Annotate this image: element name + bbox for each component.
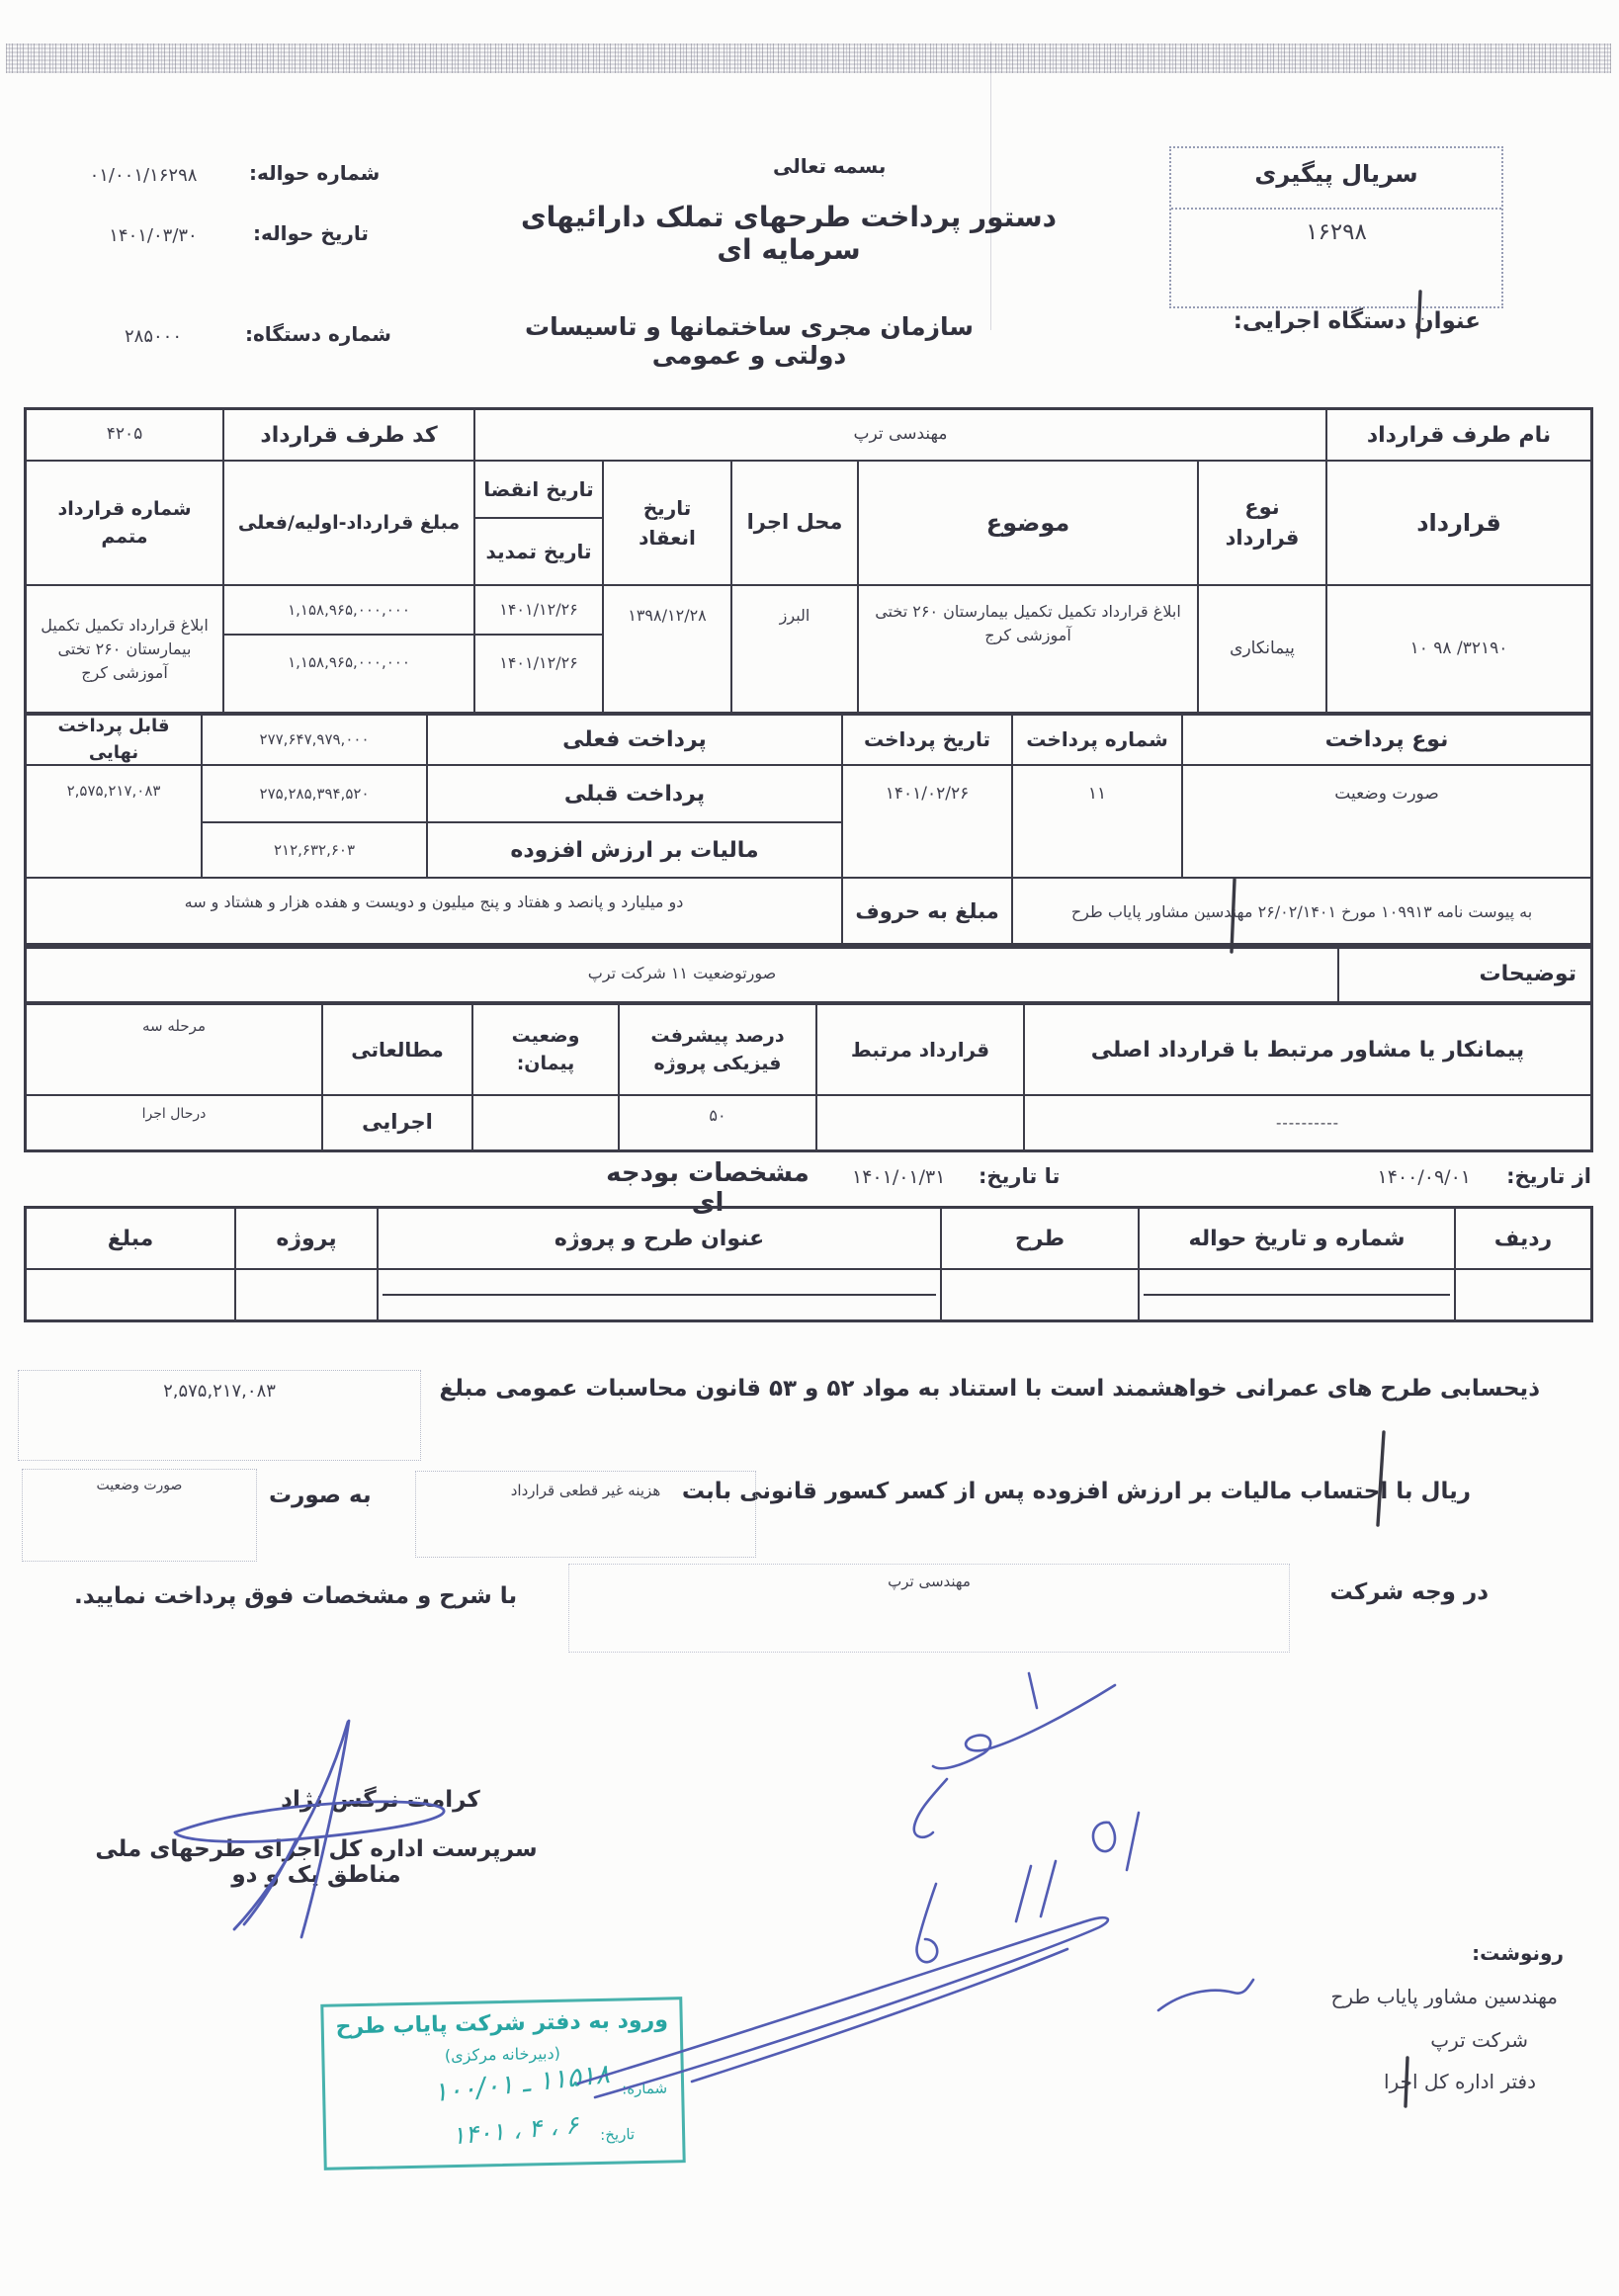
related-contract-value: [816, 1095, 1024, 1150]
budget-row-header: ردیف: [1455, 1208, 1591, 1269]
vat-value: ۲۱۲,۶۳۲,۶۰۳: [202, 822, 427, 878]
budget-row-cell: [1455, 1269, 1591, 1320]
scan-fold-line: [990, 42, 991, 330]
budget-amount-cell: [26, 1269, 235, 1320]
party-name-header: نام طرف قرارداد: [1326, 409, 1591, 461]
budget-table: ردیف شماره و تاریخ حواله طرح عنوان طرح و…: [24, 1206, 1593, 1322]
havaleh-no-label: شماره حواله:: [249, 161, 380, 185]
agency-label: عنوان دستگاه اجرایی:: [1234, 308, 1481, 334]
amount-words-value: دو میلیارد و پانصد و هفتاد و پنج میلیون …: [26, 878, 842, 947]
expiry-date-header: تاریخ انقضا: [474, 461, 603, 518]
stamp-line2: (دبیرخانه مرکزی): [324, 2041, 680, 2068]
status-table: پیمانکار یا مشاور مرتبط با قرارداد اصلی …: [24, 1002, 1593, 1152]
contract-status-header: وضعیت پیمان:: [472, 1004, 619, 1095]
surat-box-label: صورت وضعیت: [23, 1478, 256, 1493]
phase-value: درحال اجرا: [26, 1095, 322, 1150]
payment-no-value: ۱۱: [1012, 765, 1182, 878]
budget-project-header: پروژه: [235, 1208, 378, 1269]
expense-box-label: هزینه غیر قطعی قرارداد: [416, 1482, 755, 1499]
budget-havaleh-cell: [1139, 1269, 1455, 1320]
company-box: مهندسی ترپ: [568, 1564, 1290, 1653]
to-date-label: تا تاریخ:: [979, 1164, 1060, 1188]
be-surat-label: به صورت: [269, 1483, 372, 1508]
party-code-value: ۴۲۰۵: [26, 409, 223, 461]
havaleh-date-value: ۱۴۰۱/۰۳/۳۰: [69, 225, 237, 246]
subject-header: موضوع: [858, 461, 1198, 585]
device-no-value: ۲۸۵۰۰۰: [89, 326, 217, 347]
budget-project-cell: [235, 1269, 378, 1320]
current-payment-label: پرداخت فعلی: [427, 714, 842, 765]
payment-table: نوع پرداخت شماره پرداخت تاریخ پرداخت پرد…: [24, 712, 1593, 949]
payment-date-value: ۱۴۰۱/۰۲/۲۶: [842, 765, 1012, 878]
notes-label: توضیحات: [1338, 945, 1591, 1002]
current-payment-value: ۲۷۷,۶۴۷,۹۷۹,۰۰۰: [202, 714, 427, 765]
budget-havaleh-header: شماره و تاریخ حواله: [1139, 1208, 1455, 1269]
contract-status-value: [472, 1095, 619, 1150]
progress-header: درصد پیشرفت فیزیکی پروژه: [619, 1004, 816, 1095]
expiry-date-value: ۱۴۰۱/۱۲/۲۶: [474, 585, 603, 635]
notes-value: صورتوضعیت ۱۱ شرکت ترپ: [26, 945, 1338, 1002]
party-code-header: کد طرف قرارداد: [223, 409, 474, 461]
amount-box: ۲,۵۷۵,۲۱۷,۰۸۳: [18, 1370, 421, 1461]
from-date-value: ۱۴۰۰/۰۹/۰۱: [1378, 1166, 1471, 1188]
extension-date-header: تاریخ تمدید: [474, 518, 603, 585]
related-contract-header: قرارداد مرتبط: [816, 1004, 1024, 1095]
accounting-note: ذیحسابی طرح های عمرانی خواهشمند است با ا…: [440, 1376, 1540, 1402]
budget-plan-cell: [941, 1269, 1139, 1320]
amount-header: مبلغ قرارداد-اولیه/فعلی: [223, 461, 474, 585]
amount-box-value: ۲,۵۷۵,۲۱۷,۰۸۳: [19, 1381, 420, 1402]
sign-date-header: تاریخ انعقاد: [603, 461, 731, 585]
stamp-date-label: تاریخ:: [600, 2125, 635, 2144]
previous-payment-label: پرداخت قبلی: [427, 765, 842, 822]
blue-signature-strokes: [175, 1721, 444, 1937]
contract-type-header: نوع قرارداد: [1198, 461, 1326, 585]
budget-title-cell: [378, 1269, 941, 1320]
budget-title-header: عنوان طرح و پروژه: [378, 1208, 941, 1269]
from-date-label: از تاریخ:: [1506, 1164, 1591, 1188]
amount-initial-value: ۱,۱۵۸,۹۶۵,۰۰۰,۰۰۰: [223, 585, 474, 635]
signer-name: کرامت نرگس نژاد: [252, 1787, 509, 1813]
phase-header: مرحله سه: [26, 1004, 322, 1095]
amount-current-value: ۱,۱۵۸,۹۶۵,۰۰۰,۰۰۰: [223, 635, 474, 714]
scanned-payment-order-document: سریال پیگیری ۱۶۲۹۸ عنوان دستگاه اجرایی: …: [0, 0, 1619, 2296]
havaleh-date-label: تاریخ حواله:: [253, 221, 369, 245]
study-header: مطالعاتی: [322, 1004, 472, 1095]
rial-note: ریال با احتساب مالیات بر ارزش افزوده پس …: [682, 1479, 1471, 1504]
stamp-no-label: شماره:: [622, 2080, 667, 2098]
amount-words-label: مبلغ به حروف: [842, 878, 1012, 947]
attachment-note: به پیوست نامه ۱۰۹۹۱۳ مورخ ۲۶/۰۲/۱۴۰۱ مهن…: [1012, 878, 1591, 947]
extension-date-value: ۱۴۰۱/۱۲/۲۶: [474, 635, 603, 714]
contract-type-value: پیمانکاری: [1198, 585, 1326, 714]
supplement-no-header: شماره قرارداد متمم: [26, 461, 223, 585]
company-box-value: مهندسی ترپ: [569, 1573, 1289, 1590]
supplement-text-value: ابلاغ قرارداد تکمیل تکمیل بیمارستان ۲۶۰ …: [26, 585, 223, 714]
location-header: محل اجرا: [731, 461, 858, 585]
to-date-value: ۱۴۰۱/۰۱/۳۱: [852, 1166, 945, 1188]
payment-type-header: نوع پرداخت: [1182, 714, 1591, 765]
entry-stamp: ورود به دفتر شرکت پایاب طرح (دبیرخانه مر…: [320, 1997, 685, 2170]
copy-to-item: شرکت ترپ: [1430, 2028, 1528, 2052]
signer-title: سرپرست اداره کل اجرای طرحهای ملی مناطق ی…: [59, 1836, 573, 1888]
stamp-line1: ورود به دفتر شرکت پایاب طرح: [324, 2007, 680, 2040]
basmala: بسمه تعالی: [773, 154, 886, 178]
subject-value: ابلاغ قرارداد تکمیل تکمیل بیمارستان ۲۶۰ …: [858, 585, 1198, 714]
serial-tracking-box: سریال پیگیری ۱۶۲۹۸: [1169, 146, 1503, 308]
dar-vajh-label: در وجه شرکت: [1329, 1579, 1489, 1605]
contract-col-header: قرارداد: [1326, 461, 1591, 585]
payment-instruction: با شرح و مشخصات فوق پرداخت نمایید.: [74, 1583, 517, 1609]
device-no-label: شماره دستگاه:: [245, 322, 391, 346]
copy-label: رونوشت:: [1472, 1941, 1564, 1965]
payment-no-header: شماره پرداخت: [1012, 714, 1182, 765]
contract-no-value: ۱۰ ۹۸ /۳۲۱۹۰: [1326, 585, 1591, 714]
surat-box: صورت وضعیت: [22, 1469, 257, 1562]
location-value: البرز: [731, 585, 858, 714]
final-payable-value: ۲,۵۷۵,۲۱۷,۰۸۳: [26, 765, 202, 878]
expense-box: هزینه غیر قطعی قرارداد: [415, 1471, 756, 1558]
page-title: دستور پرداخت طرحهای تملک دارائیهای سرمای…: [482, 201, 1095, 266]
final-payable-label: قابل پرداخت نهایی: [26, 714, 202, 765]
previous-payment-value: ۲۷۵,۲۸۵,۳۹۴,۵۲۰: [202, 765, 427, 822]
copy-to-item: دفتر اداره کل اجرا: [1384, 2070, 1536, 2093]
budget-amount-header: مبلغ: [26, 1208, 235, 1269]
study-value: اجرایی: [322, 1095, 472, 1150]
contract-table: نام طرف قرارداد مهندسی ترپ کد طرف قراردا…: [24, 407, 1593, 716]
stamp-date-value: ۶ ، ۴ ، ۱۴۰۱: [451, 2110, 580, 2151]
budget-plan-header: طرح: [941, 1208, 1139, 1269]
progress-value: ۵۰: [619, 1095, 816, 1150]
related-party-value: ----------: [1024, 1095, 1591, 1150]
sign-date-value: ۱۳۹۸/۱۲/۲۸: [603, 585, 731, 714]
stamp-no-value: ۱۱۵۱۸ ـ ۱۰۰/۰۱: [432, 2059, 612, 2108]
party-name-value: مهندسی ترپ: [474, 409, 1326, 461]
serial-label: سریال پیگیری: [1171, 160, 1501, 188]
scan-noise-band: [6, 43, 1611, 73]
havaleh-no-value: ۰۱/۰۰۱/۱۶۲۹۸: [49, 165, 237, 186]
vat-label: مالیات بر ارزش افزوده: [427, 822, 842, 878]
related-party-header: پیمانکار یا مشاور مرتبط با قرارداد اصلی: [1024, 1004, 1591, 1095]
serial-divider: [1171, 208, 1501, 210]
copy-to-item: مهندسین مشاور پایاب طرح: [1330, 1985, 1558, 2008]
notes-row: توضیحات صورتوضعیت ۱۱ شرکت ترپ: [24, 943, 1593, 1004]
payment-type-value: صورت وضعیت: [1182, 765, 1591, 878]
org-name: سازمان مجری ساختمانها و تاسیسات دولتی و …: [486, 312, 1012, 370]
serial-value: ۱۶۲۹۸: [1171, 219, 1501, 245]
payment-date-header: تاریخ پرداخت: [842, 714, 1012, 765]
